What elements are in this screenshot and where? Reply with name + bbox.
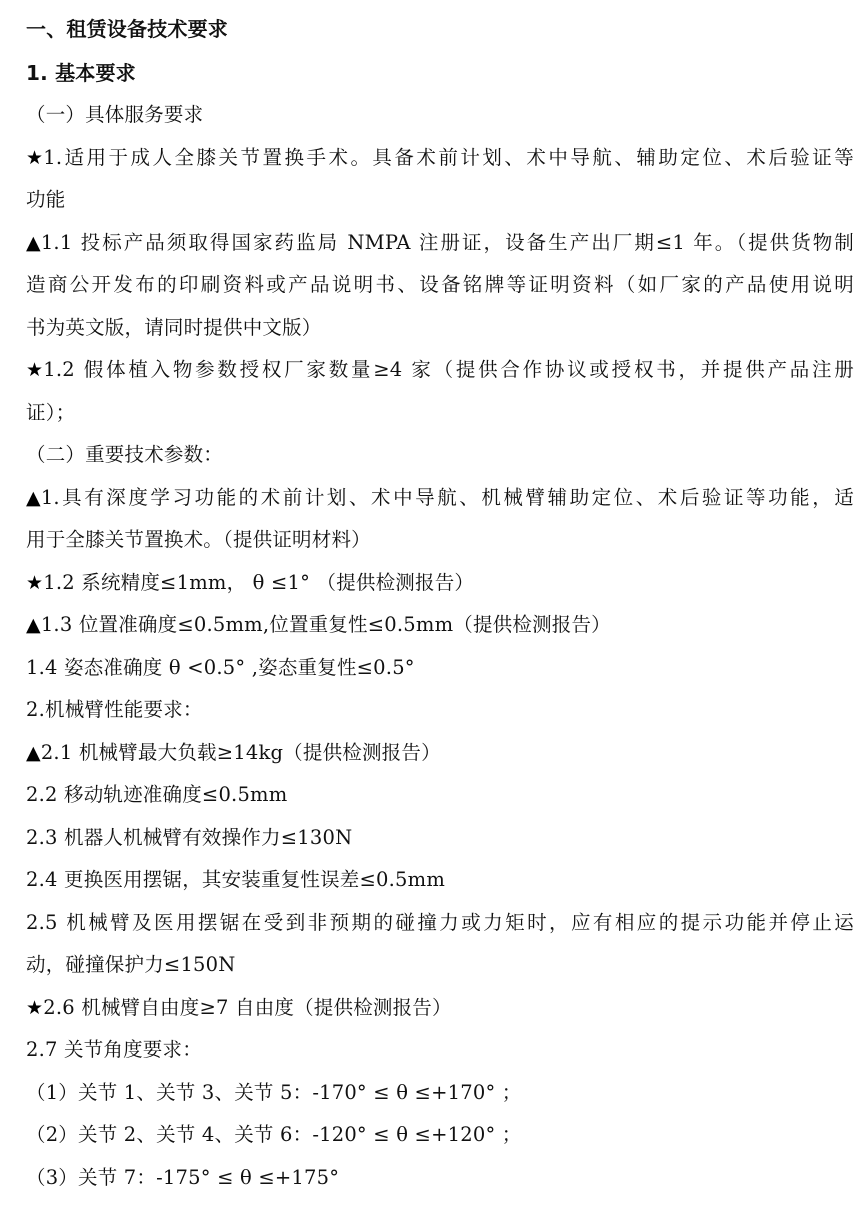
section-title-robotic-arm-performance: 2.机械臂性能要求： bbox=[26, 698, 203, 722]
item-text: 1.2 假体植入物参数授权厂家数量≥4 家（提供合作协议或授权书，并提供产品注册 bbox=[43, 358, 854, 381]
item-text-continuation: 动，碰撞保护力≤150N bbox=[26, 953, 236, 977]
item-text-continuation: 用于全膝关节置换术。（提供证明材料） bbox=[26, 528, 371, 552]
requirement-item: 2.3 机器人机械臂有效操作力≤130N bbox=[26, 826, 352, 850]
triangle-mark-icon: ▲ bbox=[26, 231, 41, 255]
section-title-technical-parameters: （二）重要技术参数： bbox=[26, 443, 223, 467]
star-mark-icon: ★ bbox=[26, 571, 43, 595]
item-text: 2.1 机械臂最大负载≥14kg（提供检测报告） bbox=[41, 741, 441, 764]
item-text: 2.5 机械臂及医用摆锯在受到非预期的碰撞力或力矩时，应有相应的提示功能并停止运 bbox=[26, 911, 854, 935]
triangle-mark-icon: ▲ bbox=[26, 486, 41, 510]
item-text: 2.6 机械臂自由度≥7 自由度（提供检测报告） bbox=[43, 996, 451, 1019]
joint-angle-item: （2）关节 2、关节 4、关节 6：-120° ≤ θ ≤+120° ； bbox=[26, 1123, 522, 1147]
section-title-service-requirements: （一）具体服务要求 bbox=[26, 103, 203, 127]
heading-basic-requirements: 1. 基本要求 bbox=[26, 61, 136, 85]
star-mark-icon: ★ bbox=[26, 996, 43, 1020]
requirement-item: ▲1.具有深度学习功能的术前计划、术中导航、机械臂辅助定位、术后验证等功能，适 bbox=[26, 486, 854, 510]
star-mark-icon: ★ bbox=[26, 358, 43, 382]
joint-angle-item: （3）关节 7：-175° ≤ θ ≤+175° bbox=[26, 1166, 339, 1190]
item-text-continuation: 证）； bbox=[26, 401, 75, 425]
requirement-item: 2.2 移动轨迹准确度≤0.5mm bbox=[26, 783, 287, 807]
requirement-item: 2.5 机械臂及医用摆锯在受到非预期的碰撞力或力矩时，应有相应的提示功能并停止运 bbox=[26, 911, 854, 935]
star-mark-icon: ★ bbox=[26, 146, 43, 170]
requirement-item: 2.7 关节角度要求： bbox=[26, 1038, 202, 1062]
requirement-item: ★2.6 机械臂自由度≥7 自由度（提供检测报告） bbox=[26, 996, 452, 1020]
item-text: 1.适用于成人全膝关节置换手术。具备术前计划、术中导航、辅助定位、术后验证等 bbox=[43, 146, 854, 169]
item-text: 1.2 系统精度≤1mm， θ ≤1° （提供检测报告） bbox=[43, 571, 474, 594]
requirement-item: 2.4 更换医用摆锯，其安装重复性误差≤0.5mm bbox=[26, 868, 445, 892]
item-text-continuation: 功能 bbox=[26, 188, 65, 212]
item-text-continuation: 书为英文版，请同时提供中文版） bbox=[26, 316, 322, 340]
requirement-item: ★1.2 假体植入物参数授权厂家数量≥4 家（提供合作协议或授权书，并提供产品注… bbox=[26, 358, 854, 382]
joint-angle-item: （1）关节 1、关节 3、关节 5：-170° ≤ θ ≤+170° ； bbox=[26, 1081, 522, 1105]
item-text: 1.1 投标产品须取得国家药监局 NMPA 注册证，设备生产出厂期≤1 年。（提… bbox=[41, 231, 854, 254]
triangle-mark-icon: ▲ bbox=[26, 741, 41, 765]
requirement-item: ★1.适用于成人全膝关节置换手术。具备术前计划、术中导航、辅助定位、术后验证等 bbox=[26, 146, 854, 170]
item-text: 造商公开发布的印刷资料或产品说明书、设备铭牌等证明资料（如厂家的产品使用说明 bbox=[26, 273, 854, 297]
requirement-item: 1.4 姿态准确度 θ <0.5° ,姿态重复性≤0.5° bbox=[26, 656, 415, 680]
item-text: 1.具有深度学习功能的术前计划、术中导航、机械臂辅助定位、术后验证等功能，适 bbox=[41, 486, 854, 509]
heading-leased-equipment-requirements: 一、租赁设备技术要求 bbox=[26, 17, 228, 41]
requirement-item: ▲1.1 投标产品须取得国家药监局 NMPA 注册证，设备生产出厂期≤1 年。（… bbox=[26, 231, 854, 255]
item-text: 1.3 位置准确度≤0.5mm,位置重复性≤0.5mm（提供检测报告） bbox=[41, 613, 611, 636]
requirement-item: ★1.2 系统精度≤1mm， θ ≤1° （提供检测报告） bbox=[26, 571, 474, 595]
item-text-continuation: 造商公开发布的印刷资料或产品说明书、设备铭牌等证明资料（如厂家的产品使用说明 bbox=[26, 273, 854, 297]
requirement-item: ▲2.1 机械臂最大负载≥14kg（提供检测报告） bbox=[26, 741, 441, 765]
triangle-mark-icon: ▲ bbox=[26, 613, 41, 637]
requirement-item: ▲1.3 位置准确度≤0.5mm,位置重复性≤0.5mm（提供检测报告） bbox=[26, 613, 611, 637]
